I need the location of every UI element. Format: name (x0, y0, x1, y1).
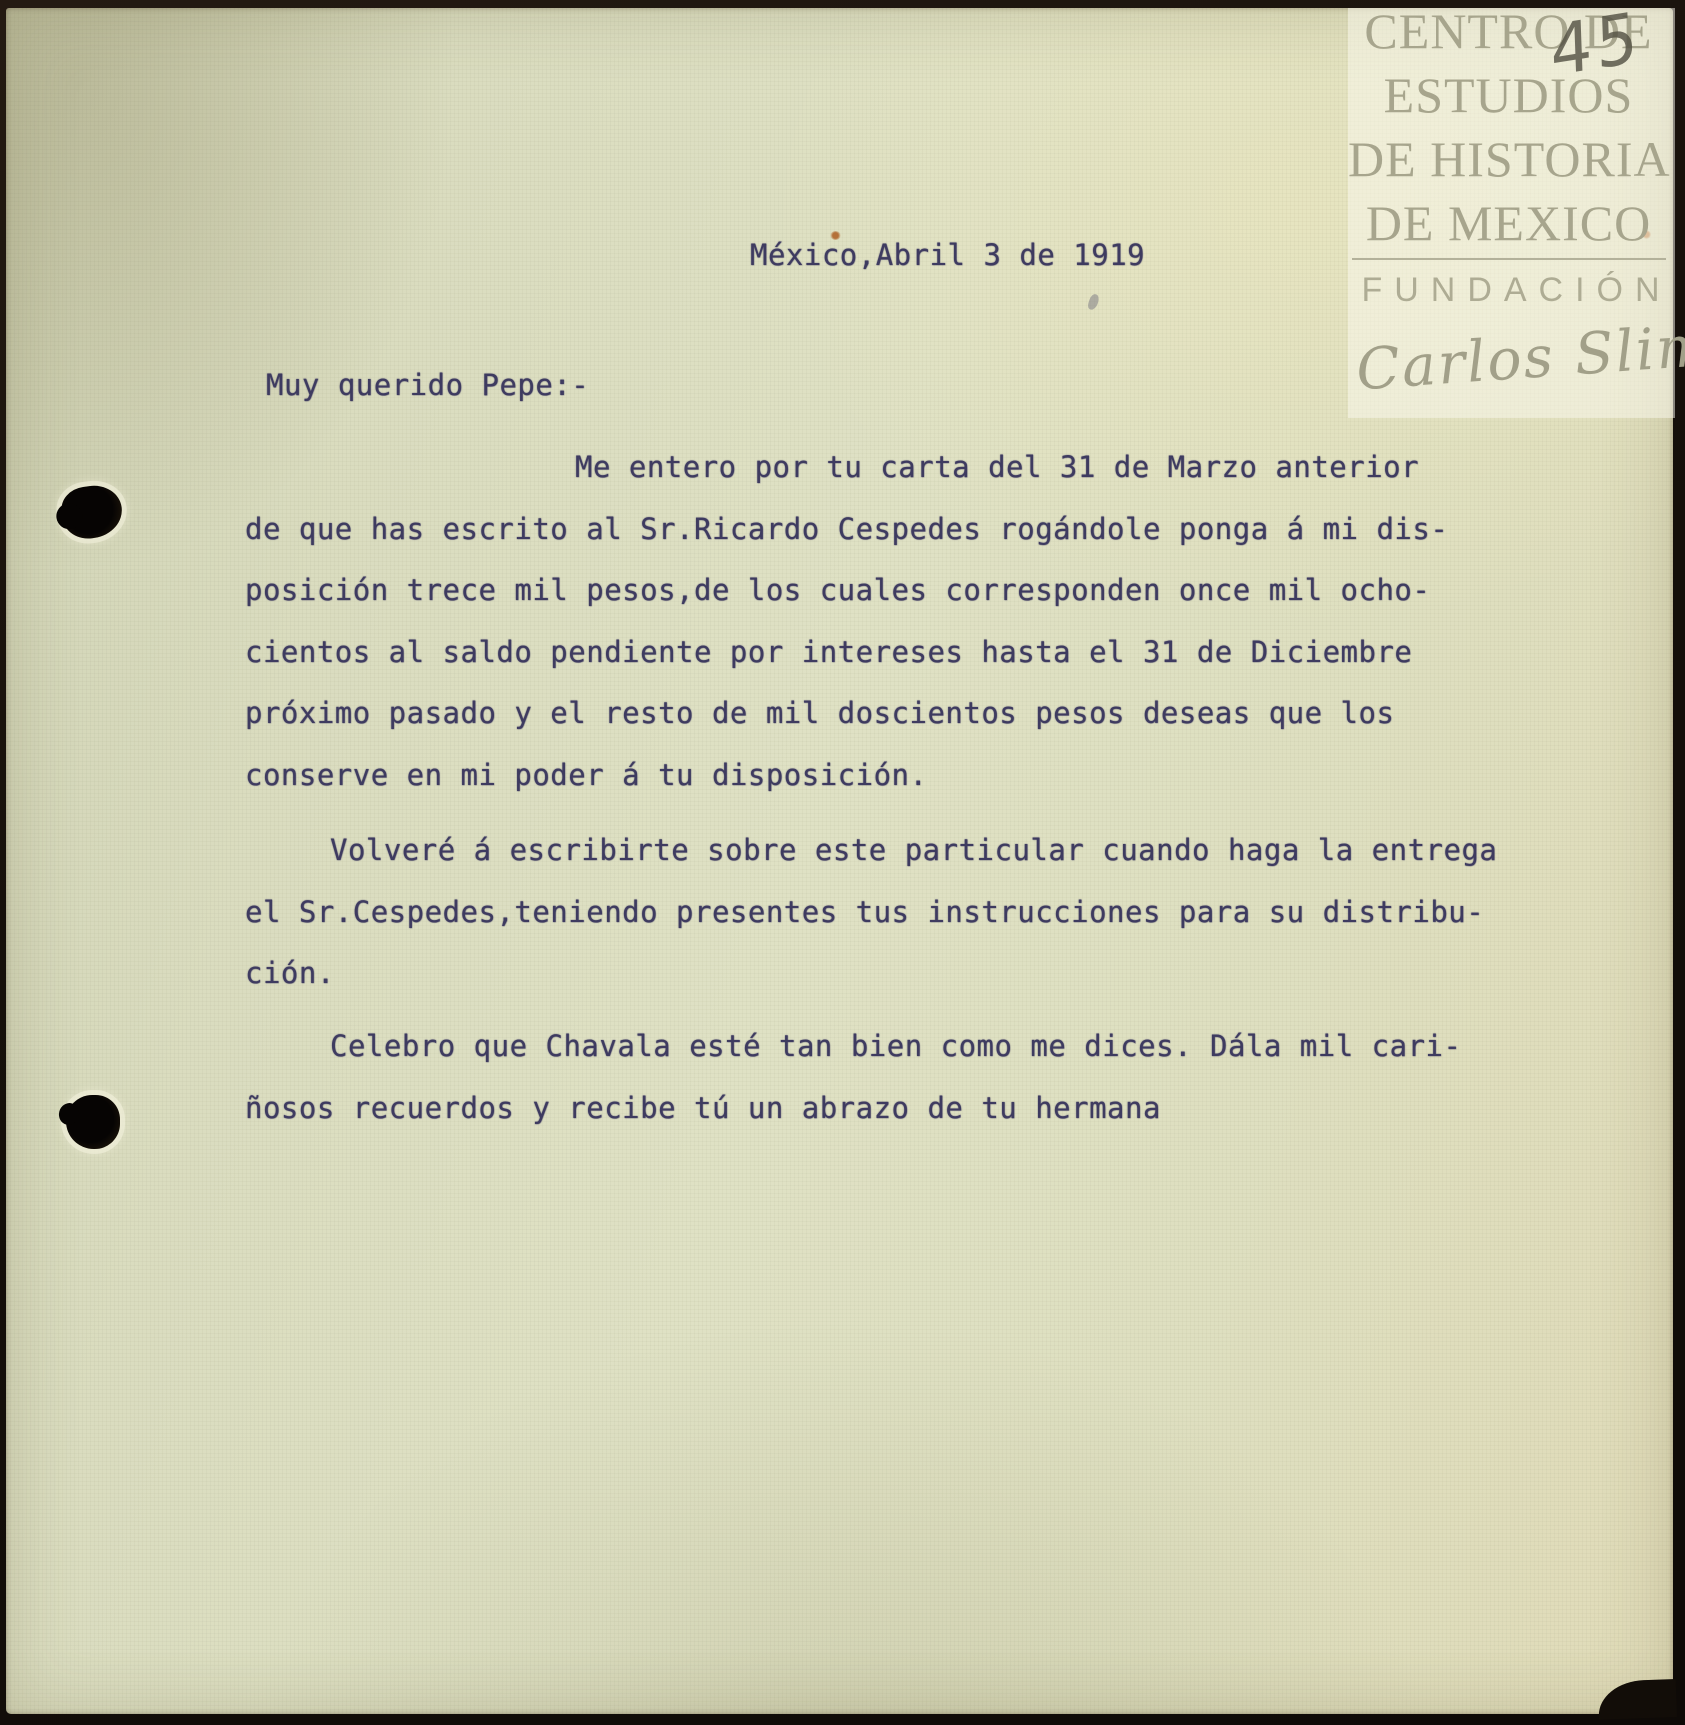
watermark-divider (1352, 258, 1666, 260)
letter-line: conserve en mi poder á tu disposición. (245, 745, 1448, 807)
letter-line: ñosos recuerdos y recibe tú un abrazo de… (245, 1078, 1461, 1140)
letter-line: Me entero por tu carta del 31 de Marzo a… (245, 437, 1448, 499)
letter-line: el Sr.Cespedes,teniendo presentes tus in… (245, 882, 1497, 944)
letter-date-line: México,Abril 3 de 1919 (750, 238, 1145, 272)
punch-hole-bottom (66, 1095, 120, 1149)
letter-line: posición trece mil pesos,de los cuales c… (245, 560, 1448, 622)
letter-line: ción. (245, 943, 1497, 1005)
letter-line: Celebro que Chavala esté tan bien como m… (245, 1016, 1461, 1078)
scanned-letter-page: CENTRO DE ESTUDIOS DE HISTORIA DE MEXICO… (0, 0, 1685, 1725)
letter-salutation: Muy querido Pepe:- (266, 368, 589, 402)
watermark-signature: Carlos Slim (1354, 315, 1685, 404)
watermark-line: DE HISTORIA (1348, 127, 1669, 191)
watermark-line: DE MEXICO (1348, 191, 1669, 255)
letter-line: próximo pasado y el resto de mil doscien… (245, 683, 1448, 745)
page-number-annotation: 45 (1549, 0, 1643, 92)
letter-line: de que has escrito al Sr.Ricardo Cespede… (245, 499, 1448, 561)
letter-paragraph: Celebro que Chavala esté tan bien como m… (245, 1016, 1461, 1139)
watermark-foundation-label: FUNDACIÓN (1348, 271, 1675, 310)
letter-line: cientos al saldo pendiente por intereses… (245, 622, 1448, 684)
letter-paragraph: Volveré á escribirte sobre este particul… (245, 820, 1497, 1005)
letter-paragraph: Me entero por tu carta del 31 de Marzo a… (245, 437, 1448, 807)
letter-line: Volveré á escribirte sobre este particul… (245, 820, 1497, 882)
